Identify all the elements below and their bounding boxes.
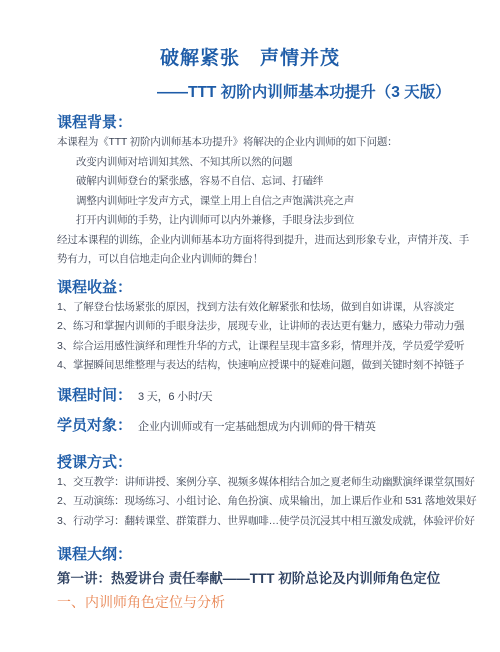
benefit-item: 3、综合运用感性演绎和理性升华的方式，让课程呈现丰富多彩，情理并茂，学员爱学爱听: [57, 337, 443, 357]
benefit-item: 1、了解登台怯场紧张的原因，找到方法有效化解紧张和怯场，做到自如讲课，从容淡定: [57, 298, 443, 318]
benefit-item: 4、掌握瞬间思维整理与表达的结构，快速响应授课中的疑难问题，做到关键时刻不掉链子: [57, 356, 443, 376]
background-heading: 课程背景：: [57, 113, 443, 133]
section-background: 课程背景： 本课程为《TTT 初阶内训师基本功提升》将解决的企业内训师的如下问题…: [57, 113, 443, 270]
method-item: 2、互动演练：现场练习、小组讨论、角色扮演、成果输出，加上课后作业和 531 落…: [57, 492, 443, 512]
outline-topic-1: 一、内训师角色定位与分析: [57, 591, 443, 613]
duration-heading: 课程时间：: [57, 386, 132, 406]
course-subtitle: ——TTT 初阶内训师基本功提升（3 天版）: [57, 82, 443, 104]
course-title: 破解紧张 声情并茂: [57, 46, 443, 72]
background-problem: 打开内训师的手势，让内训师可以内外兼修，手眼身法步到位: [57, 211, 443, 231]
section-benefits: 课程收益： 1、了解登台怯场紧张的原因，找到方法有效化解紧张和怯场，做到自如讲课…: [57, 278, 443, 376]
background-problem: 破解内训师登台的紧张感，容易不自信、忘词、打磕绊: [57, 172, 443, 192]
document-page: 破解紧张 声情并茂 ——TTT 初阶内训师基本功提升（3 天版） 课程背景： 本…: [0, 0, 500, 652]
method-heading: 授课方式：: [57, 453, 443, 473]
audience-value: 企业内训师或有一定基础想成为内训师的骨干精英: [138, 418, 376, 434]
outline-heading: 课程大纲：: [57, 545, 443, 565]
background-problem: 调整内训师吐字发声方式，课堂上用上自信之声饱满洪亮之声: [57, 192, 443, 212]
outline-lecture-1: 第一讲：热爱讲台 责任奉献——TTT 初阶总论及内训师角色定位: [57, 568, 443, 590]
audience-heading: 学员对象：: [57, 416, 132, 436]
benefit-item: 2、练习和掌握内训师的手眼身法步，展现专业，让讲师的表达更有魅力，感染力带动力强: [57, 317, 443, 337]
background-summary-line2: 势有力，可以自信地走向企业内训师的舞台！: [57, 250, 443, 270]
section-duration: 课程时间： 3 天，6 小时/天: [57, 386, 443, 406]
background-summary-line1: 经过本课程的训练，企业内训师基本功方面将得到提升，进而达到形象专业，声情并茂、手: [57, 231, 443, 251]
section-method: 授课方式： 1、交互教学：讲师讲授、案例分享、视频多媒体相结合加之夏老师生动幽默…: [57, 453, 443, 532]
benefits-heading: 课程收益：: [57, 278, 443, 298]
section-outline: 课程大纲： 第一讲：热爱讲台 责任奉献——TTT 初阶总论及内训师角色定位 一、…: [57, 545, 443, 613]
background-intro: 本课程为《TTT 初阶内训师基本功提升》将解决的企业内训师的如下问题：: [57, 133, 443, 153]
background-problem: 改变内训师对培训知其然、不知其所以然的问题: [57, 153, 443, 173]
section-audience: 学员对象： 企业内训师或有一定基础想成为内训师的骨干精英: [57, 416, 443, 436]
duration-value: 3 天，6 小时/天: [138, 388, 212, 404]
method-item: 1、交互教学：讲师讲授、案例分享、视频多媒体相结合加之夏老师生动幽默演绎课堂氛围…: [57, 473, 443, 493]
method-item: 3、行动学习：翻转课堂、群策群力、世界咖啡…使学员沉浸其中相互激发成就，体验评价…: [57, 512, 443, 532]
